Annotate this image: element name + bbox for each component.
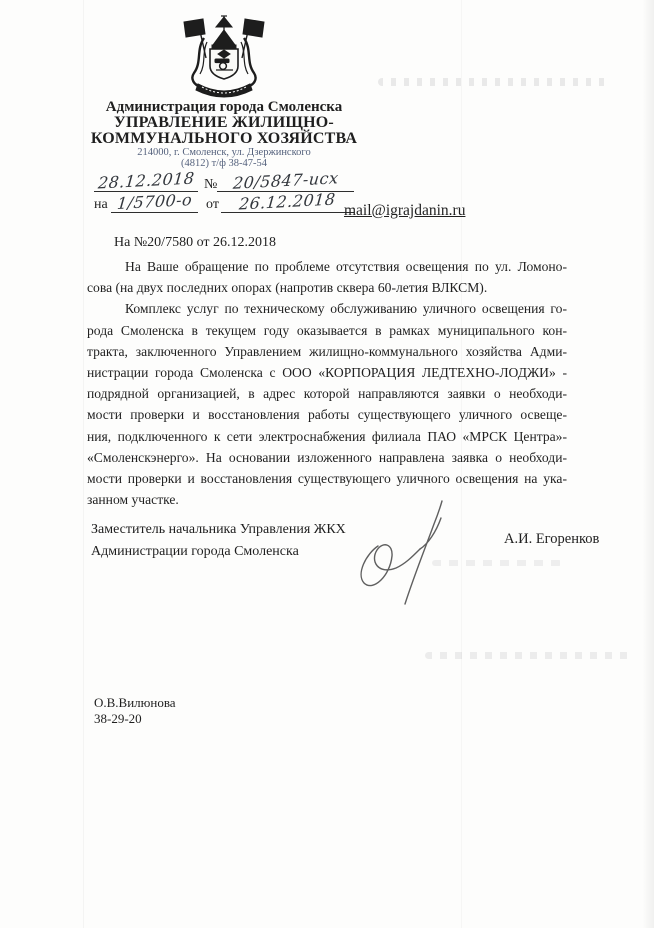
outgoing-date-field: 28.12.2018 [94,171,198,192]
executor-name: О.В.Вилюнова [94,695,176,711]
scan-artifact [378,78,608,86]
reply-reference: На №20/7580 от 26.12.2018 [114,235,276,251]
body-text-line: ния, подключенного к сети электроснабжен… [87,426,567,447]
executor-block: О.В.Вилюнова 38-29-20 [94,695,176,727]
org-name: Администрация города Смоленска [48,99,400,115]
body-text-line: сова (на двух последних опорах (напротив… [87,277,567,298]
handwritten-signature [342,496,477,608]
org-address: 214000, г. Смоленск, ул. Дзержинского [48,147,400,158]
scan-artifact [425,652,630,659]
smolensk-coat-of-arms-icon [176,12,272,100]
body-text-line: мости проверки и восстановления работы с… [87,404,567,425]
scan-edge-shadow [642,0,654,928]
body-text-line: мости проверки и восстановления существу… [87,468,567,489]
incoming-number-field: 1/5700-о [111,192,198,213]
body-text-line: «Смоленскэнерго». На основании изложенно… [87,447,567,468]
body-text-line: нистрации города Смоленска с ООО «КОРПОР… [87,362,567,383]
body-text-line: тракта, заключенного Управлением жилищно… [87,341,567,362]
body-text-line: рода Смоленска в текущем году оказываетс… [87,320,567,341]
incoming-date-field: 26.12.2018 [221,192,354,213]
body-text-line: На Ваше обращение по проблеме отсутствия… [87,256,567,277]
signatory-position-line1: Заместитель начальника Управления ЖКХ [91,519,346,541]
executor-phone: 38-29-20 [94,711,176,727]
body-text-line: занном участке. [87,489,567,510]
body-text-line: подрядной организацией, в адрес которой … [87,383,567,404]
incoming-date-handwritten: 26.12.2018 [238,189,336,213]
ot-label: от [206,197,219,213]
scanned-letter-page: Администрация города Смоленска УПРАВЛЕНИ… [0,0,654,928]
email-address: mail@igrajdanin.ru [344,202,465,220]
letterhead: Администрация города Смоленска УПРАВЛЕНИ… [48,99,400,169]
signatory-name: А.И. Егоренков [504,531,599,548]
incoming-number-handwritten: 1/5700-о [116,190,193,213]
department-name-line1: УПРАВЛЕНИЕ ЖИЛИЩНО- [48,115,400,131]
signatory-position: Заместитель начальника Управления ЖКХ Ад… [91,519,346,562]
org-phone: (4812) т/ф 38-47-54 [48,158,400,169]
outgoing-date-handwritten: 28.12.2018 [97,168,195,192]
body-text-line: Комплекс услуг по техническому обслужива… [87,298,567,319]
number-sign-label: № [204,177,217,193]
department-name-line2: КОММУНАЛЬНОГО ХОЗЯЙСТВА [48,131,400,147]
signatory-position-line2: Администрации города Смоленска [91,541,346,563]
body-paragraphs: На Ваше обращение по проблеме отсутствия… [87,256,567,510]
na-label: на [94,197,108,213]
